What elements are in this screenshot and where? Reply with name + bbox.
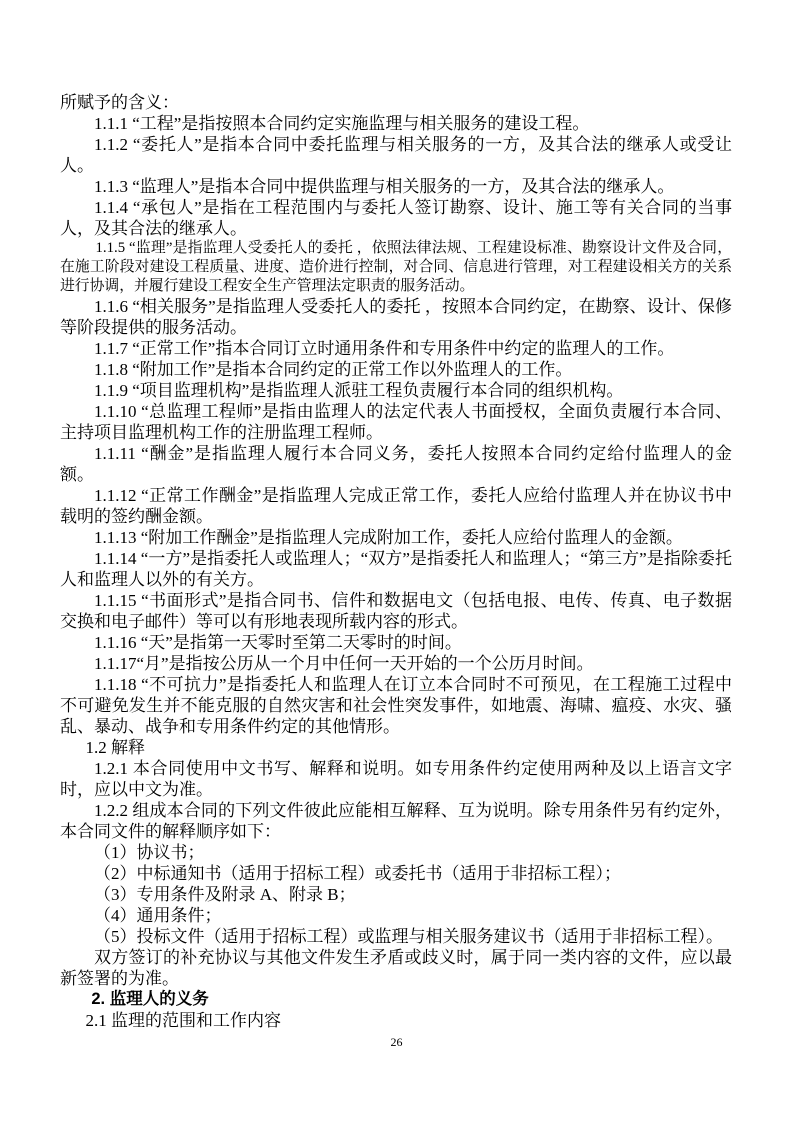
document-paragraph: （5）投标文件（适用于招标工程）或监理与相关服务建议书（适用于非招标工程）。 — [60, 926, 732, 947]
document-paragraph: 1.1.8 “附加工作”是指本合同约定的正常工作以外监理人的工作。 — [60, 359, 732, 380]
document-paragraph: 所赋予的含义： — [60, 92, 732, 113]
document-paragraph: 1.1.13 “附加工作酬金”是指监理人完成附加工作，委托人应给付监理人的金额。 — [60, 527, 732, 548]
document-paragraph: 1.1.17“月”是指按公历从一个月中任何一天开始的一个公历月时间。 — [60, 653, 732, 674]
document-paragraph: 1.1.15 “书面形式”是指合同书、信件和数据电文（包括电报、电传、传真、电子… — [60, 590, 732, 632]
document-paragraph: 1.2.2 组成本合同的下列文件彼此应能相互解释、互为说明。除专用条件另有约定外… — [60, 800, 732, 842]
document-page: 所赋予的含义：1.1.1 “工程”是指按照本合同约定实施监理与相关服务的建设工程… — [0, 0, 793, 1123]
document-paragraph: 1.1.10 “总监理工程师”是指由监理人的法定代表人书面授权，全面负责履行本合… — [60, 401, 732, 443]
document-paragraph: 2. 监理人的义务 — [60, 989, 732, 1010]
document-paragraph: 1.1.1 “工程”是指按照本合同约定实施监理与相关服务的建设工程。 — [60, 113, 732, 134]
document-paragraph: 1.2.1 本合同使用中文书写、解释和说明。如专用条件约定使用两种及以上语言文字… — [60, 758, 732, 800]
document-paragraph: 1.1.16 “天”是指第一天零时至第二天零时的时间。 — [60, 632, 732, 653]
document-paragraph: 1.1.6 “相关服务”是指监理人受委托人的委托 ，按照本合同约定，在勘察、设计… — [60, 296, 732, 338]
document-content: 所赋予的含义：1.1.1 “工程”是指按照本合同约定实施监理与相关服务的建设工程… — [60, 92, 732, 1031]
document-paragraph: 1.1.9 “项目监理机构”是指监理人派驻工程负责履行本合同的组织机构。 — [60, 380, 732, 401]
document-paragraph: 1.1.7 “正常工作”指本合同订立时通用条件和专用条件中约定的监理人的工作。 — [60, 338, 732, 359]
page-number: 26 — [0, 1035, 793, 1049]
document-paragraph: 2.1 监理的范围和工作内容 — [60, 1010, 732, 1031]
document-paragraph: 双方签订的补充协议与其他文件发生矛盾或歧义时，属于同一类内容的文件，应以最新签署… — [60, 947, 732, 989]
document-paragraph: 1.1.3 “监理人”是指本合同中提供监理与相关服务的一方，及其合法的继承人。 — [60, 176, 732, 197]
document-paragraph: （1）协议书； — [60, 842, 732, 863]
document-paragraph: 1.1.12 “正常工作酬金”是指监理人完成正常工作，委托人应给付监理人并在协议… — [60, 485, 732, 527]
document-paragraph: （4）通用条件； — [60, 905, 732, 926]
document-paragraph: 1.1.18 “不可抗力”是指委托人和监理人在订立本合同时不可预见，在工程施工过… — [60, 674, 732, 737]
document-paragraph: 1.2 解释 — [60, 737, 732, 758]
document-paragraph: （3）专用条件及附录 A、附录 B； — [60, 884, 732, 905]
document-paragraph: 1.1.4 “承包人”是指在工程范围内与委托人签订勘察、设计、施工等有关合同的当… — [60, 197, 732, 239]
document-paragraph: 1.1.14 “一方”是指委托人或监理人；“双方”是指委托人和监理人；“第三方”… — [60, 548, 732, 590]
document-paragraph: 1.1.5 “监理”是指监理人受委托人的委托 ，依照法律法规、工程建设标准、勘察… — [60, 239, 732, 296]
document-paragraph: 1.1.2 “委托人”是指本合同中委托监理与相关服务的一方，及其合法的继承人或受… — [60, 134, 732, 176]
document-paragraph: （2）中标通知书（适用于招标工程）或委托书（适用于非招标工程）； — [60, 863, 732, 884]
document-paragraph: 1.1.11 “酬金”是指监理人履行本合同义务，委托人按照本合同约定给付监理人的… — [60, 443, 732, 485]
